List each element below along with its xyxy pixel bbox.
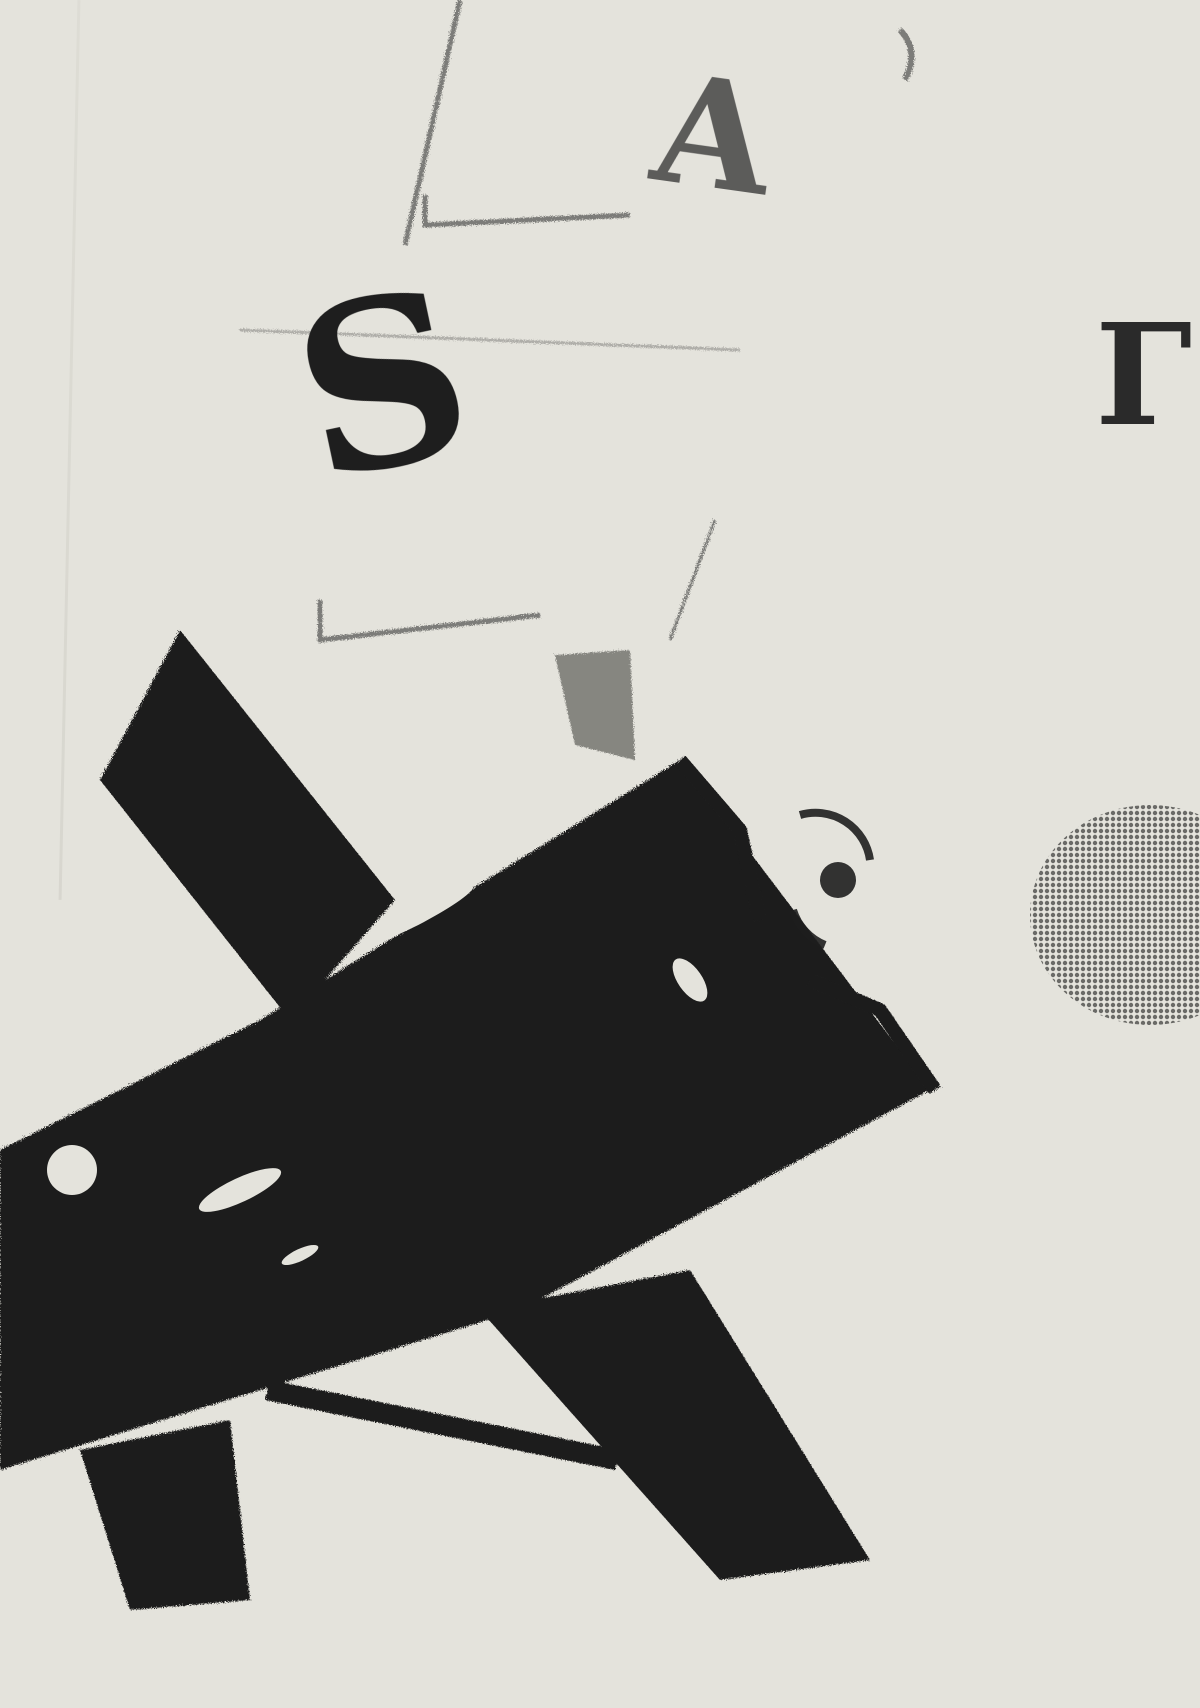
halftone-blob [1030, 805, 1200, 1025]
aircraft-tail [0, 630, 930, 1610]
letterform-l: L [1095, 300, 1193, 440]
letterform-a: A [645, 53, 781, 218]
tail-emblem-icon [793, 813, 870, 945]
aircraft-illustration [0, 0, 1200, 1708]
